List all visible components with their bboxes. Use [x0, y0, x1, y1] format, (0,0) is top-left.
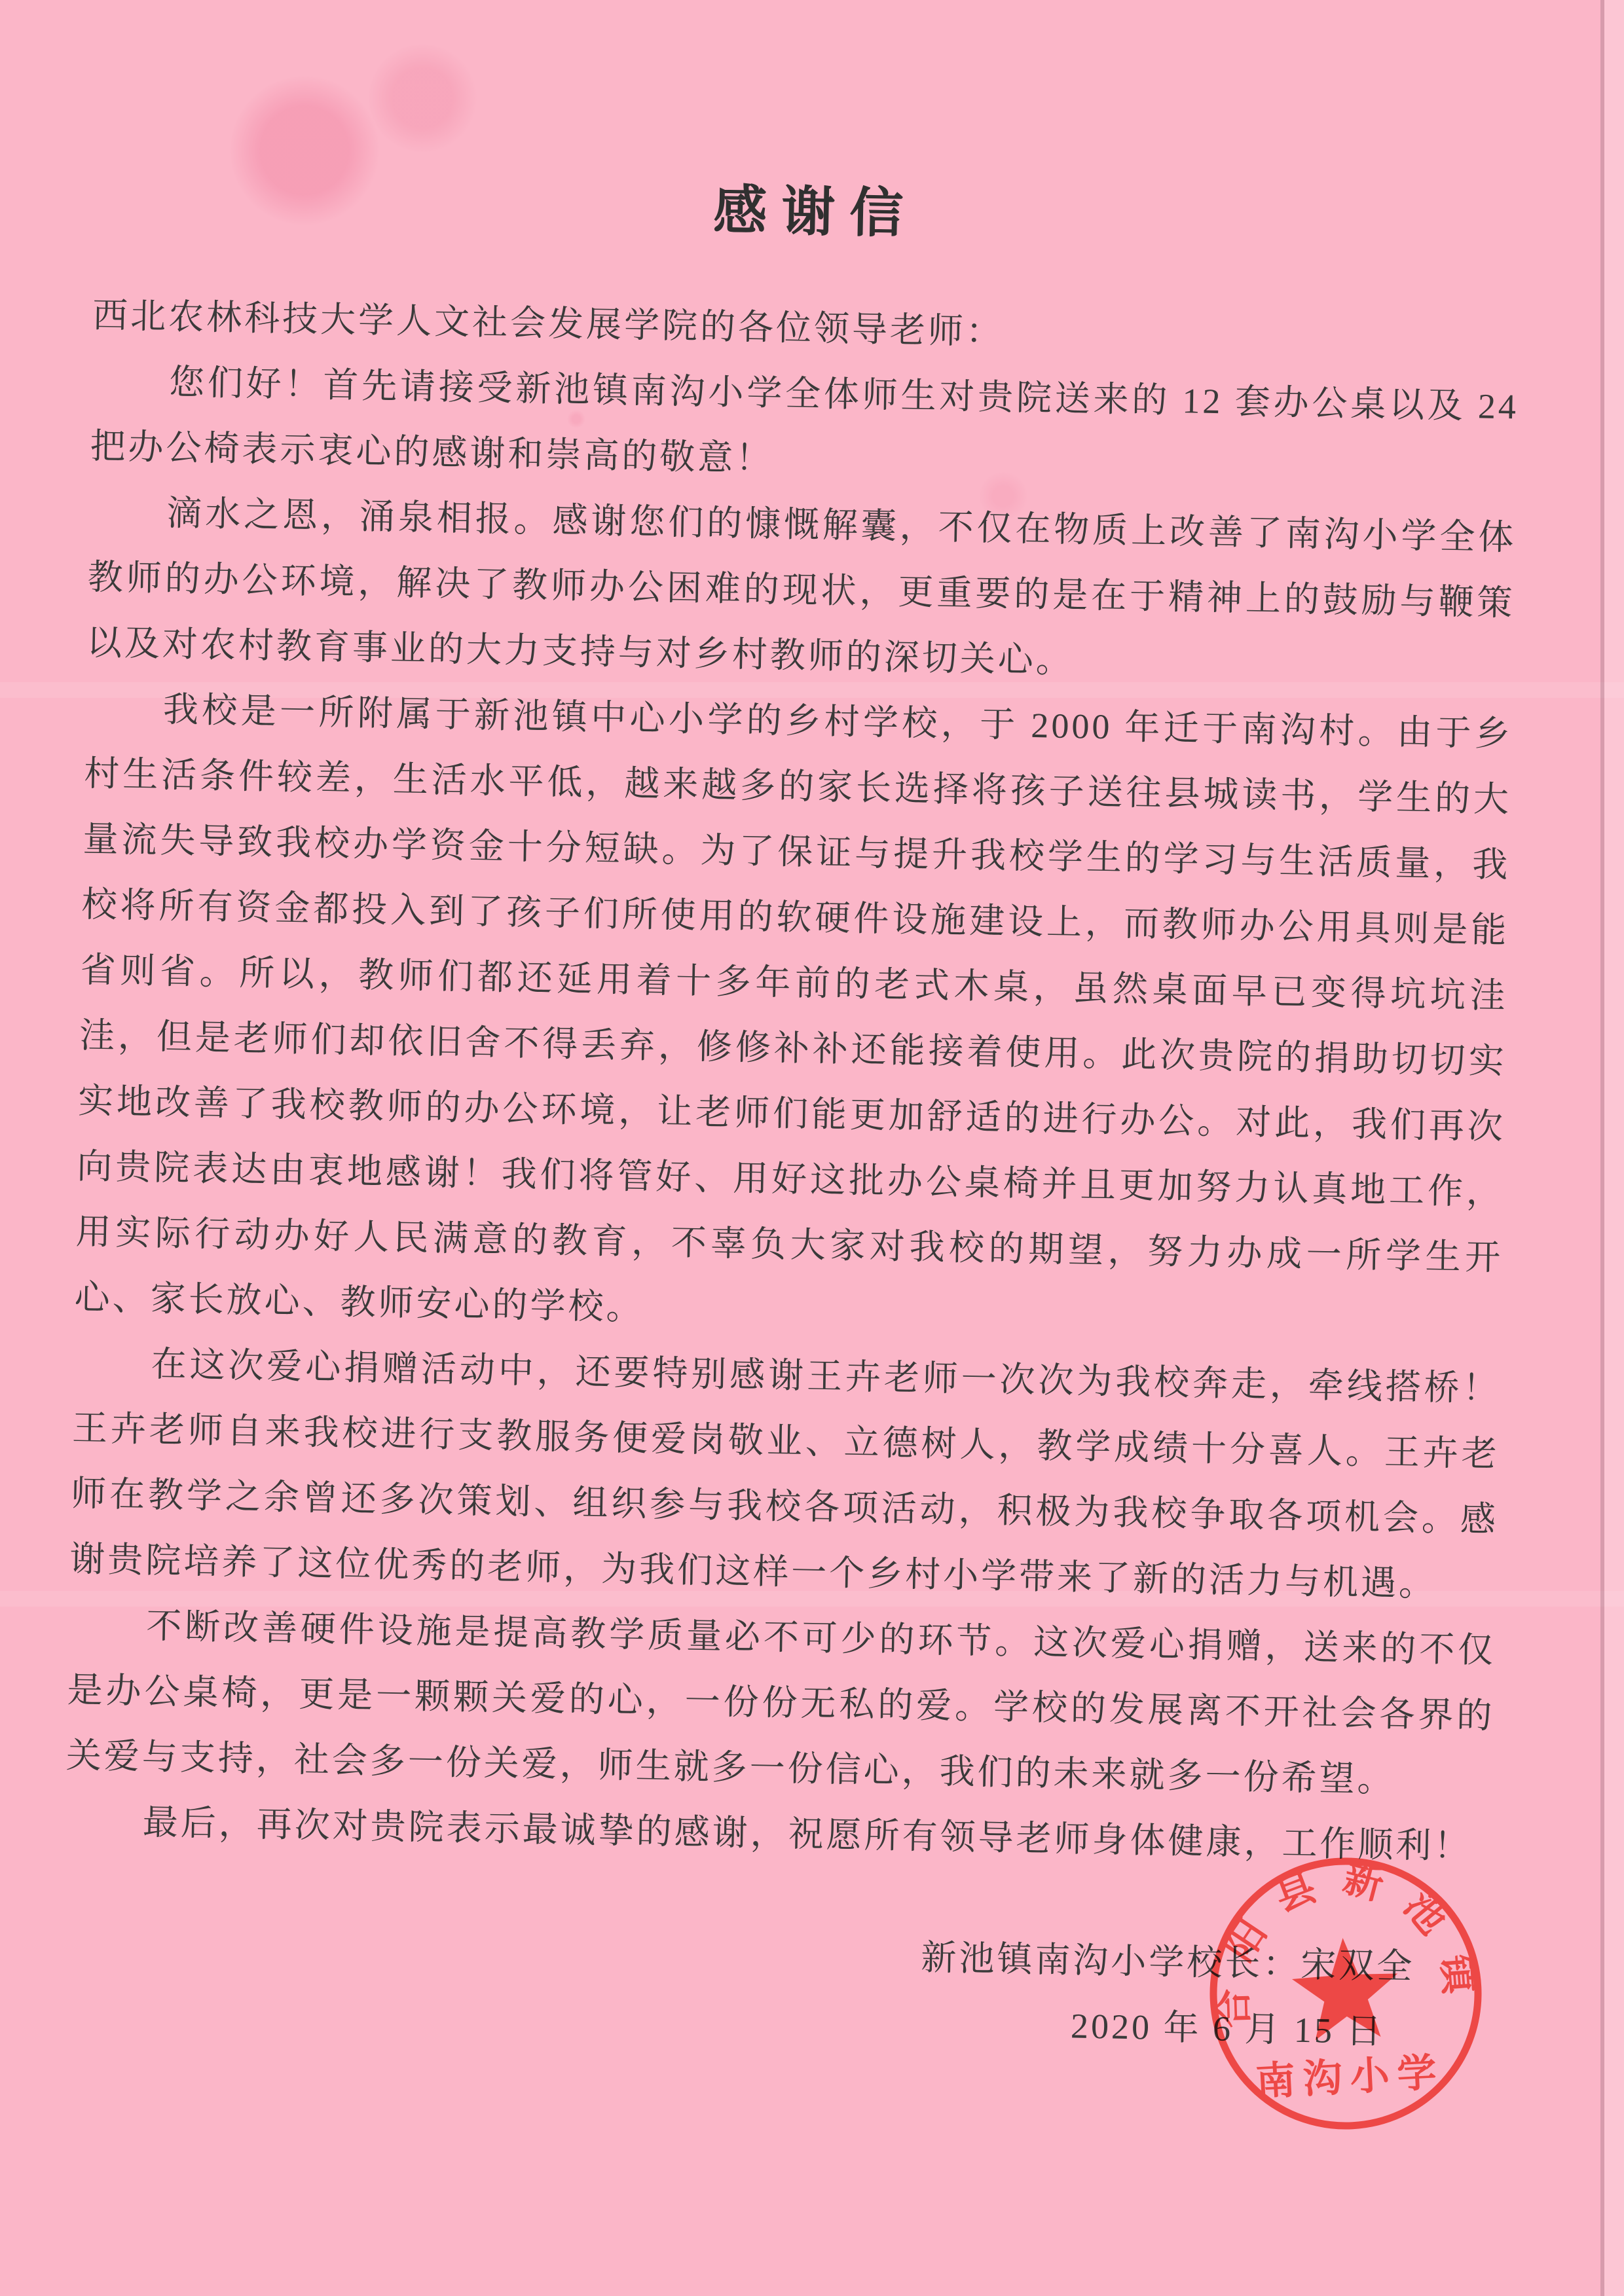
letter-page: 感谢信 西北农林科技大学人文社会发展学院的各位领导老师： 您们好！首先请接受新池…	[0, 0, 1624, 2296]
body-paragraph-4: 在这次爱心捐赠活动中，还要特别感谢王卉老师一次次为我校奔走，牵线搭桥！王卉老师自…	[69, 1330, 1501, 1618]
star-icon	[1290, 1935, 1401, 2041]
body-paragraph-3: 我校是一所附属于新池镇中心小学的乡村学校，于 2000 年迁于南沟村。由于乡村生…	[74, 675, 1513, 1356]
stamp-school-name: 南沟小学	[1255, 2050, 1445, 2104]
body-paragraph-5: 不断改善硬件设施是提高教学质量必不可少的环节。这次爱心捐赠，送来的不仅是办公桌椅…	[65, 1592, 1496, 1814]
official-stamp: 合阳县新池镇 南沟小学	[1185, 1833, 1506, 2154]
body-paragraph-1: 您们好！首先请接受新池镇南沟小学全体师生对贵院送来的 12 套办公桌以及 24 …	[90, 348, 1519, 505]
letter-content: 感谢信 西北农林科技大学人文社会发展学院的各位领导老师： 您们好！首先请接受新池…	[0, 0, 1624, 2068]
body-paragraph-2: 滴水之恩，涌泉相报。感谢您们的慷慨解囊，不仅在物质上改善了南沟小学全体教师的办公…	[86, 479, 1517, 702]
letter-title: 感谢信	[94, 164, 1522, 262]
